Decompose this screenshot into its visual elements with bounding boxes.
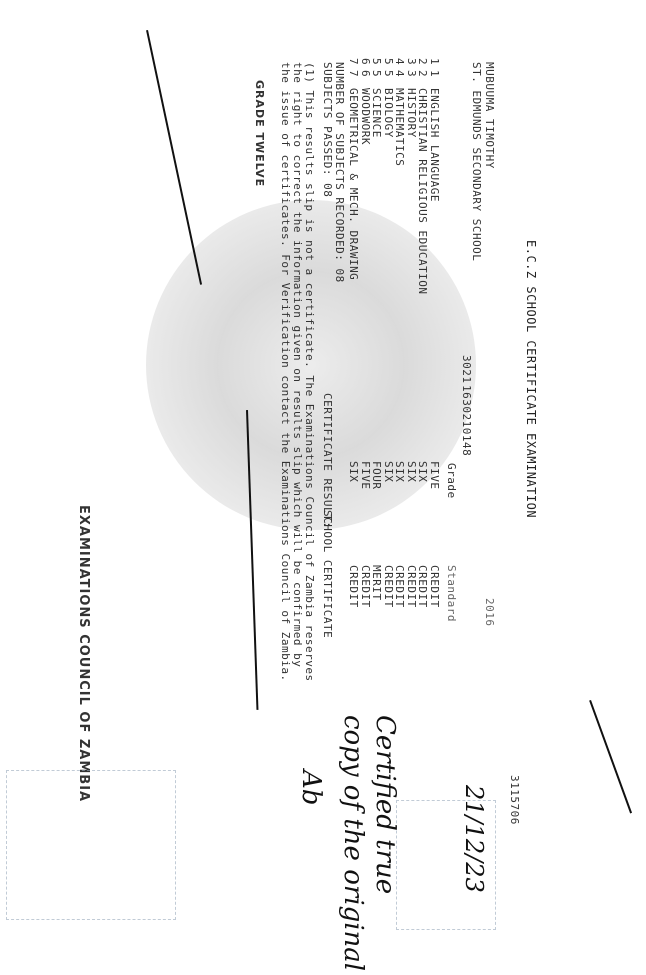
standard-column-header: Standard <box>445 565 458 622</box>
grade: SIX <box>417 461 430 482</box>
subject-code: 4 <box>394 70 407 77</box>
serial-number: 3115706 <box>508 775 521 825</box>
grade: SIX <box>405 461 418 482</box>
subject-code: 3 <box>405 70 418 77</box>
subject-code: 2 <box>417 70 430 77</box>
candidate-name: MUBUUMA TIMOTHY <box>483 62 496 169</box>
subject-code: 5 <box>382 70 395 77</box>
standard: CREDIT <box>382 565 395 608</box>
grade-column-header: Grade <box>445 463 458 499</box>
subject-name: CHRISTIAN RELIGIOUS EDUCATION <box>417 88 430 295</box>
row-number: 1 <box>428 58 441 65</box>
exam-number: 1630210148 <box>460 385 473 456</box>
grade: SIX <box>394 461 407 482</box>
note-line-1: (1) This results slip is not a certifica… <box>303 62 316 682</box>
grade: FIVE <box>428 461 441 490</box>
standard: CREDIT <box>428 565 441 608</box>
centre-code: 3021 <box>460 355 473 384</box>
row-number: 4 <box>394 58 407 65</box>
certificate-result-value: SCHOOL CERTIFICATE <box>321 510 334 638</box>
subject-name: GEOMETRICAL & MECH. DRAWING <box>348 88 361 280</box>
subject-name: HISTORY <box>405 88 418 138</box>
standard: CREDIT <box>405 565 418 608</box>
handwritten-signature: Ab <box>296 770 326 805</box>
row-number: 2 <box>417 58 430 65</box>
subject-code: 7 <box>348 70 361 77</box>
subject-name: BIOLOGY <box>382 88 395 138</box>
subjects-recorded: NUMBER OF SUBJECTS RECORDED: 08 <box>333 62 346 283</box>
row-number: 5 <box>371 58 384 65</box>
document-title: E.C.Z SCHOOL CERTIFICATE EXAMINATION <box>524 240 538 518</box>
results-slip: E.C.Z SCHOOL CERTIFICATE EXAMINATION 311… <box>0 0 646 975</box>
exam-year: 2016 <box>483 598 496 627</box>
grade: FOUR <box>371 461 384 490</box>
handwritten-certification-line-1: Certified true <box>370 715 400 894</box>
grade-label: GRADE TWELVE <box>253 80 266 187</box>
school-name: ST. EDMUNDS SECONDARY SCHOOL <box>470 62 483 261</box>
row-number: 7 <box>348 58 361 65</box>
row-number: 6 <box>359 58 372 65</box>
grade: FIVE <box>359 461 372 490</box>
note-line-2: the right to correct the information giv… <box>291 62 304 667</box>
subjects-passed: SUBJECTS PASSED: 08 <box>321 62 334 197</box>
standard: CREDIT <box>348 565 361 608</box>
subject-code: 1 <box>428 70 441 77</box>
row-number: 5 <box>382 58 395 65</box>
subject-name: WOODWORK <box>359 88 372 145</box>
note-line-3: the issue of certificates. For Verificat… <box>279 62 292 682</box>
certificate-result-label: CERTIFICATE RESULT: <box>321 393 334 528</box>
handwritten-date: 21/12/23 <box>460 785 488 893</box>
standard: CREDIT <box>417 565 430 608</box>
handwritten-certification-line-2: copy of the original <box>338 715 368 971</box>
standard: MERIT <box>371 565 384 601</box>
row-number: 3 <box>405 58 418 65</box>
subject-code: 5 <box>371 70 384 77</box>
subject-code: 6 <box>359 70 372 77</box>
subject-name: MATHEMATICS <box>394 88 407 166</box>
pen-stroke <box>146 30 202 285</box>
standard: CREDIT <box>359 565 372 608</box>
grade: SIX <box>382 461 395 482</box>
council-name: EXAMINATIONS COUNCIL OF ZAMBIA <box>76 505 91 802</box>
faded-stamp <box>6 770 176 920</box>
grade: SIX <box>348 461 361 482</box>
subject-name: SCIENCE <box>371 88 384 138</box>
pen-stroke <box>589 700 632 813</box>
subject-name: ENGLISH LANGUAGE <box>428 88 441 202</box>
standard: CREDIT <box>394 565 407 608</box>
